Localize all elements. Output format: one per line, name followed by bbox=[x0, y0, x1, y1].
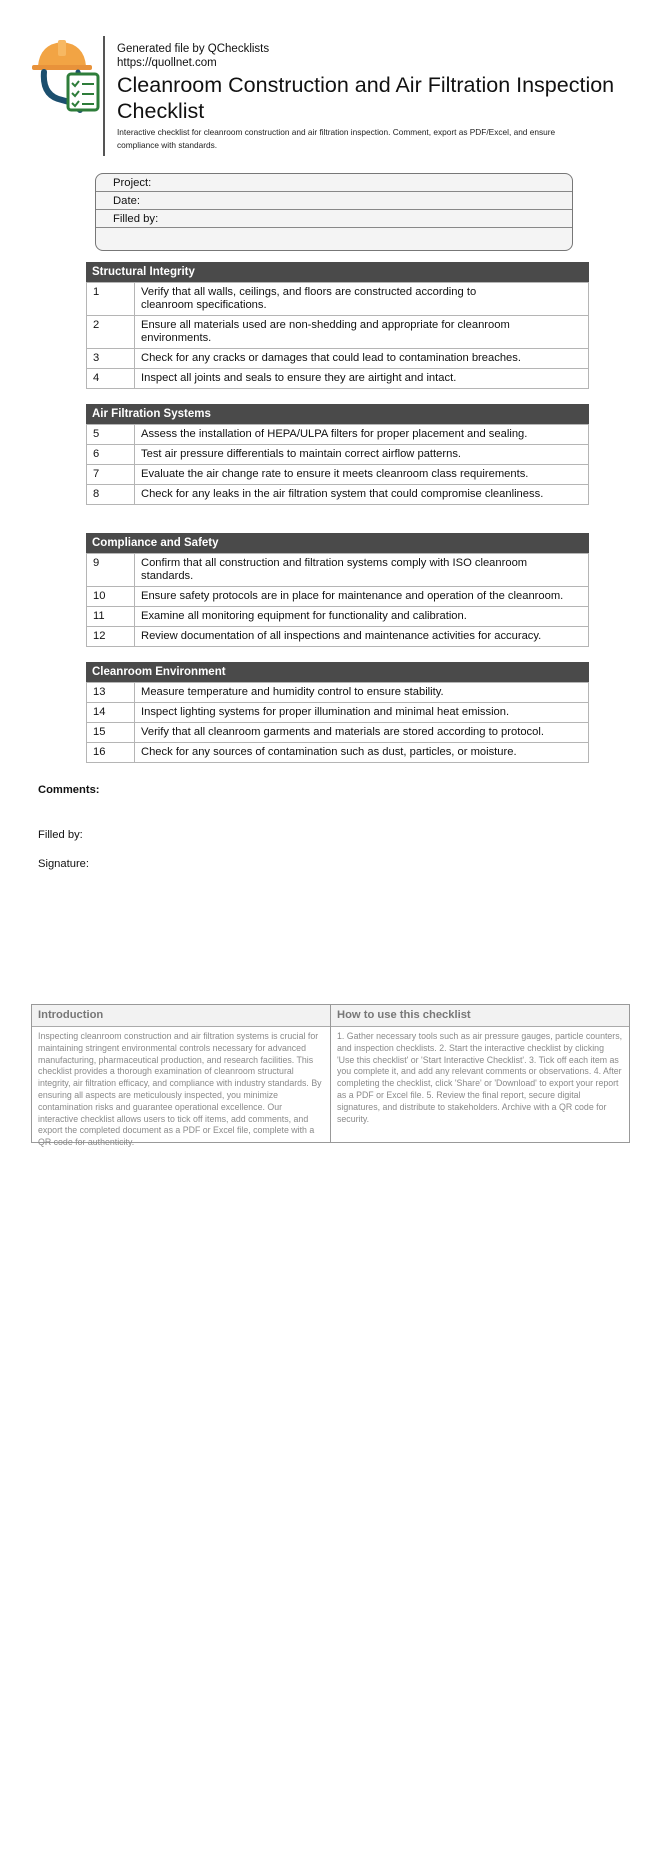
item-number: 16 bbox=[87, 743, 135, 763]
date-field[interactable]: Date: bbox=[96, 192, 572, 210]
how-to-text: 1. Gather necessary tools such as air pr… bbox=[331, 1027, 629, 1129]
introduction-heading: Introduction bbox=[32, 1005, 330, 1027]
section-structural-integrity: Structural Integrity 1Verify that all wa… bbox=[86, 262, 589, 389]
item-number: 7 bbox=[87, 465, 135, 485]
table-row[interactable]: 9Confirm that all construction and filtr… bbox=[87, 554, 589, 587]
table-row[interactable]: 3Check for any cracks or damages that co… bbox=[87, 349, 589, 369]
section-header: Air Filtration Systems bbox=[86, 404, 589, 424]
item-text: Measure temperature and humidity control… bbox=[135, 683, 589, 703]
item-text: Check for any cracks or damages that cou… bbox=[135, 349, 589, 369]
table-row[interactable]: 13Measure temperature and humidity contr… bbox=[87, 683, 589, 703]
comments-label: Comments: bbox=[38, 784, 100, 796]
checklist-table: 5Assess the installation of HEPA/ULPA fi… bbox=[86, 424, 589, 505]
item-text: Examine all monitoring equipment for fun… bbox=[135, 607, 589, 627]
item-text: Ensure safety protocols are in place for… bbox=[135, 587, 589, 607]
item-number: 3 bbox=[87, 349, 135, 369]
signature-label: Signature: bbox=[38, 858, 89, 870]
table-row[interactable]: 1Verify that all walls, ceilings, and fl… bbox=[87, 283, 589, 316]
how-to-heading: How to use this checklist bbox=[331, 1005, 629, 1027]
introduction-column: Introduction Inspecting cleanroom constr… bbox=[32, 1005, 330, 1142]
page-title: Cleanroom Construction and Air Filtratio… bbox=[117, 72, 637, 124]
info-panel: Introduction Inspecting cleanroom constr… bbox=[31, 1004, 630, 1143]
table-row[interactable]: 12Review documentation of all inspection… bbox=[87, 627, 589, 647]
table-row[interactable]: 16Check for any sources of contamination… bbox=[87, 743, 589, 763]
filled-by-label: Filled by: bbox=[38, 829, 83, 841]
item-number: 5 bbox=[87, 425, 135, 445]
section-compliance-and-safety: Compliance and Safety 9Confirm that all … bbox=[86, 533, 589, 647]
checklist-table: 9Confirm that all construction and filtr… bbox=[86, 553, 589, 647]
item-text: Check for any leaks in the air filtratio… bbox=[135, 485, 589, 505]
page-description: Interactive checklist for cleanroom cons… bbox=[117, 126, 597, 152]
item-text: Inspect all joints and seals to ensure t… bbox=[135, 369, 589, 389]
section-header: Cleanroom Environment bbox=[86, 662, 589, 682]
table-row[interactable]: 8Check for any leaks in the air filtrati… bbox=[87, 485, 589, 505]
item-number: 8 bbox=[87, 485, 135, 505]
generated-by-text: Generated file by QChecklists bbox=[117, 42, 269, 56]
item-number: 4 bbox=[87, 369, 135, 389]
section-header: Compliance and Safety bbox=[86, 533, 589, 553]
item-text: Check for any sources of contamination s… bbox=[135, 743, 589, 763]
item-text: Test air pressure differentials to maint… bbox=[135, 445, 589, 465]
item-text: Ensure all materials used are non-sheddi… bbox=[135, 316, 589, 349]
table-row[interactable]: 15Verify that all cleanroom garments and… bbox=[87, 723, 589, 743]
item-text: Review documentation of all inspections … bbox=[135, 627, 589, 647]
item-text: Evaluate the air change rate to ensure i… bbox=[135, 465, 589, 485]
item-text: Verify that all walls, ceilings, and flo… bbox=[135, 283, 589, 316]
extra-field[interactable] bbox=[96, 228, 572, 250]
table-row[interactable]: 2Ensure all materials used are non-shedd… bbox=[87, 316, 589, 349]
item-text: Assess the installation of HEPA/ULPA fil… bbox=[135, 425, 589, 445]
item-text: Inspect lighting systems for proper illu… bbox=[135, 703, 589, 723]
table-row[interactable]: 14Inspect lighting systems for proper il… bbox=[87, 703, 589, 723]
table-row[interactable]: 7Evaluate the air change rate to ensure … bbox=[87, 465, 589, 485]
section-header: Structural Integrity bbox=[86, 262, 589, 282]
table-row[interactable]: 11Examine all monitoring equipment for f… bbox=[87, 607, 589, 627]
item-number: 6 bbox=[87, 445, 135, 465]
item-number: 10 bbox=[87, 587, 135, 607]
info-fields-box: Project: Date: Filled by: bbox=[95, 173, 573, 251]
item-number: 9 bbox=[87, 554, 135, 587]
filled-by-field[interactable]: Filled by: bbox=[96, 210, 572, 228]
item-number: 2 bbox=[87, 316, 135, 349]
item-number: 15 bbox=[87, 723, 135, 743]
generator-credit: Generated file by QChecklists https://qu… bbox=[117, 42, 269, 70]
item-number: 1 bbox=[87, 283, 135, 316]
project-field[interactable]: Project: bbox=[96, 174, 572, 192]
item-number: 12 bbox=[87, 627, 135, 647]
item-text: Confirm that all construction and filtra… bbox=[135, 554, 589, 587]
source-url-link[interactable]: https://quollnet.com bbox=[117, 56, 269, 70]
checklist-table: 13Measure temperature and humidity contr… bbox=[86, 682, 589, 763]
header-divider bbox=[103, 36, 105, 156]
section-cleanroom-environment: Cleanroom Environment 13Measure temperat… bbox=[86, 662, 589, 763]
item-number: 14 bbox=[87, 703, 135, 723]
table-row[interactable]: 5Assess the installation of HEPA/ULPA fi… bbox=[87, 425, 589, 445]
introduction-text: Inspecting cleanroom construction and ai… bbox=[32, 1027, 330, 1153]
hardhat-checklist-logo-icon bbox=[32, 38, 104, 114]
item-number: 13 bbox=[87, 683, 135, 703]
table-row[interactable]: 4Inspect all joints and seals to ensure … bbox=[87, 369, 589, 389]
table-row[interactable]: 10Ensure safety protocols are in place f… bbox=[87, 587, 589, 607]
item-text: Verify that all cleanroom garments and m… bbox=[135, 723, 589, 743]
how-to-column: How to use this checklist 1. Gather nece… bbox=[330, 1005, 629, 1142]
table-row[interactable]: 6Test air pressure differentials to main… bbox=[87, 445, 589, 465]
item-number: 11 bbox=[87, 607, 135, 627]
section-air-filtration-systems: Air Filtration Systems 5Assess the insta… bbox=[86, 404, 589, 505]
checklist-table: 1Verify that all walls, ceilings, and fl… bbox=[86, 282, 589, 389]
